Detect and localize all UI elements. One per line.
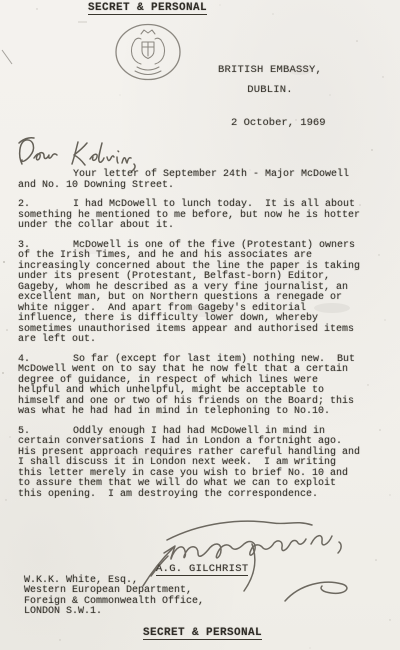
classification-top: SECRET & PERSONAL bbox=[88, 2, 207, 15]
paragraph-text: Oddly enough I had had McDowell in mind … bbox=[18, 426, 366, 500]
paragraph-2: 2.I had McDowell to lunch today. It is a… bbox=[18, 200, 362, 232]
recipient-address: W.K.K. White, Esq., Western European Dep… bbox=[24, 576, 204, 617]
recipient-line: LONDON S.W.1. bbox=[24, 607, 204, 617]
paragraph-number: 4. bbox=[18, 355, 30, 366]
classification-bottom: SECRET & PERSONAL bbox=[143, 627, 262, 640]
scanned-letter-page: SECRET & PERSONAL BRITISH EMBASSY, DUBLI… bbox=[0, 0, 400, 650]
paragraph-number: 5. bbox=[18, 427, 30, 438]
paragraph-text: McDowell is one of the five (Protestant)… bbox=[18, 240, 366, 346]
embassy-name: BRITISH EMBASSY, bbox=[214, 64, 326, 76]
paragraph-1: Your letter of September 24th - Major Mc… bbox=[18, 170, 362, 191]
royal-crest-icon bbox=[111, 20, 185, 84]
embassy-city: DUBLIN. bbox=[214, 84, 326, 96]
date-line: 2 October, 1969 bbox=[231, 117, 326, 129]
letter-body: Your letter of September 24th - Major Mc… bbox=[18, 170, 362, 509]
paragraph-text: I had McDowell to lunch today. It is all… bbox=[18, 199, 366, 231]
paragraph-number: 3. bbox=[18, 241, 30, 252]
paragraph-5: 5.Oddly enough I had had McDowell in min… bbox=[18, 427, 362, 501]
paragraph-number: 2. bbox=[18, 200, 30, 211]
paragraph-text: So far (except for last item) nothing ne… bbox=[18, 354, 361, 418]
salutation-handwriting bbox=[14, 130, 138, 172]
paragraph-text: Your letter of September 24th - Major Mc… bbox=[18, 169, 355, 191]
typed-signature-name: A.G. GILCHRIST bbox=[156, 563, 248, 576]
letterhead: BRITISH EMBASSY, DUBLIN. bbox=[214, 64, 326, 96]
paragraph-4: 4.So far (except for last item) nothing … bbox=[18, 355, 362, 418]
paragraph-3: 3.McDowell is one of the five (Protestan… bbox=[18, 241, 362, 346]
